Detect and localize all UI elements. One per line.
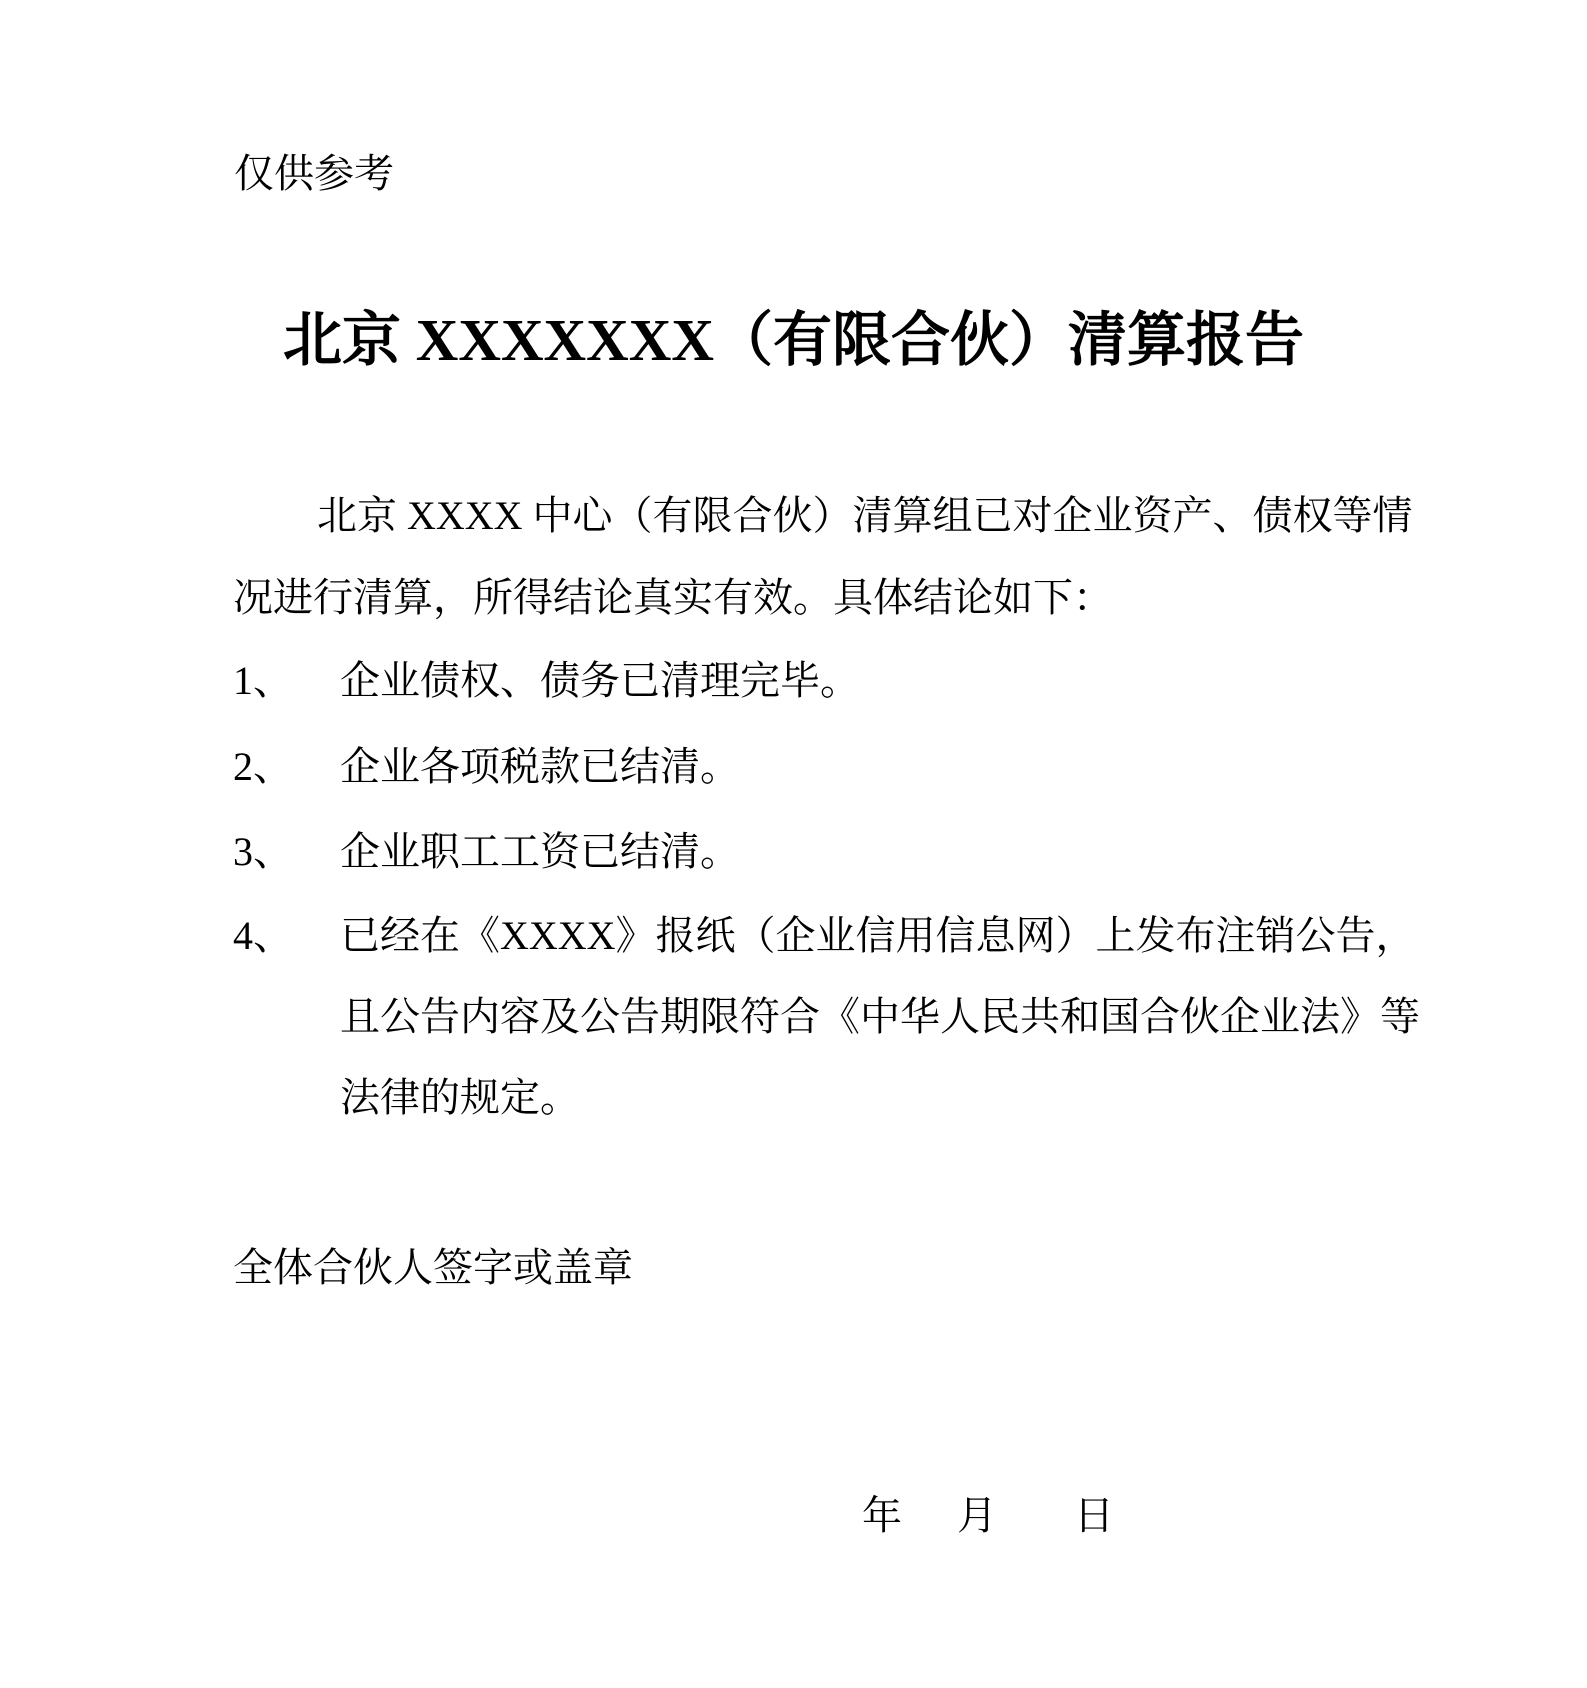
day-label: 日 [1074, 1475, 1114, 1557]
item-line: 已经在《XXXX》报纸（企业信用信息网）上发布注销公告， [340, 895, 1453, 976]
signature-label: 全体合伙人签字或盖章 [233, 1227, 633, 1309]
item-line: 法律的规定。 [340, 1057, 1453, 1138]
paragraph-line: 况进行清算，所得结论真实有效。具体结论如下： [233, 557, 1355, 639]
month-label: 月 [957, 1475, 997, 1557]
conclusion-item-4: 4、 已经在《XXXX》报纸（企业信用信息网）上发布注销公告， 且公告内容及公告… [233, 895, 1453, 1138]
item-number: 4、 [233, 895, 340, 976]
conclusion-item-1: 1、 企业债权、债务已清理完毕。 [233, 640, 1453, 722]
conclusion-item-3: 3、 企业职工工资已结清。 [233, 811, 1453, 893]
year-label: 年 [862, 1475, 902, 1557]
item-line: 企业各项税款已结清。 [340, 744, 740, 789]
item-line: 企业职工工资已结清。 [340, 829, 740, 874]
item-number: 1、 [233, 640, 340, 722]
opening-paragraph: 北京 XXXX 中心（有限合伙）清算组已对企业资产、债权等情 况进行清算，所得结… [233, 475, 1355, 639]
item-number: 3、 [233, 811, 340, 893]
paragraph-line: 北京 XXXX 中心（有限合伙）清算组已对企业资产、债权等情 [233, 475, 1355, 557]
conclusion-item-2: 2、 企业各项税款已结清。 [233, 726, 1453, 808]
document-title: 北京 XXXXXXX（有限合伙）清算报告 [0, 305, 1587, 375]
item-line: 且公告内容及公告期限符合《中华人民共和国合伙企业法》等 [340, 976, 1453, 1057]
item-number: 2、 [233, 726, 340, 808]
reference-note: 仅供参考 [234, 149, 394, 199]
document-page: 仅供参考 北京 XXXXXXX（有限合伙）清算报告 北京 XXXX 中心（有限合… [0, 0, 1587, 1688]
item-line: 企业债权、债务已清理完毕。 [340, 658, 860, 703]
